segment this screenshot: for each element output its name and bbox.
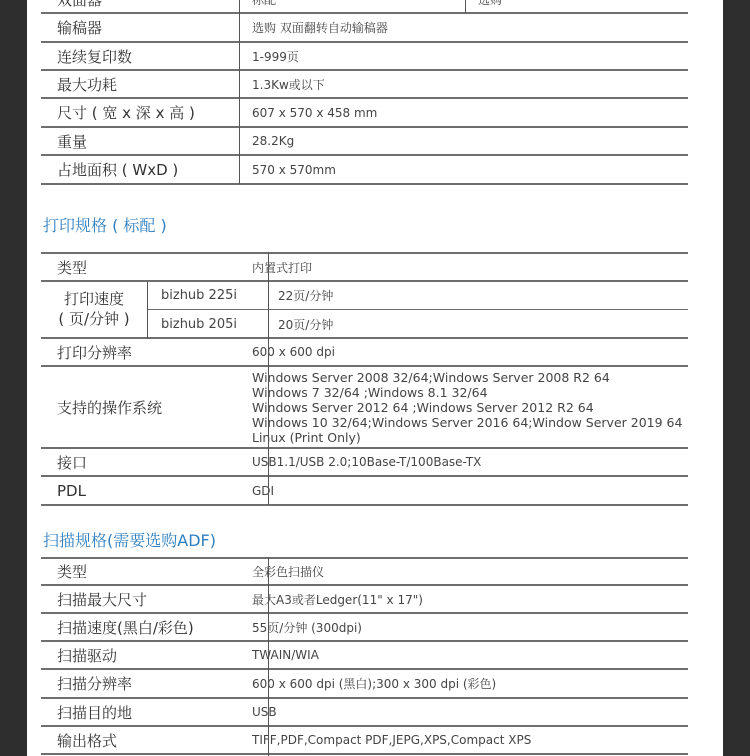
row-value: 1-999页 — [252, 43, 299, 69]
row-value: 全彩色扫描仪 — [252, 559, 324, 584]
column-divider — [147, 282, 148, 339]
row-value: 选购 双面翻转自动输稿器 — [252, 14, 388, 41]
table-row: 扫描最大尺寸 最大A3或者Ledger(11" x 17") — [41, 586, 688, 614]
row-label: 扫描分辨率 — [57, 670, 132, 697]
row-label: 尺寸 ( 宽 x 深 x 高 ) — [57, 99, 195, 126]
row-value: USB — [252, 699, 277, 725]
table-row: 输出格式 TIFF,PDF,Compact PDF,JEPG,XPS,Compa… — [41, 727, 688, 755]
row-label: 类型 — [57, 559, 87, 584]
column-divider — [268, 557, 269, 756]
table-row: 最大功耗 1.3Kw或以下 — [41, 71, 688, 99]
row-label: 占地面积 ( WxD ) — [57, 156, 178, 183]
table-row: 接口 USB1.1/USB 2.0;10Base-T/100Base-TX — [41, 449, 688, 477]
row-value: 28.2Kg — [252, 128, 294, 154]
row-label: 输出格式 — [57, 727, 117, 753]
table-row: 扫描驱动 TWAIN/WIA — [41, 642, 688, 670]
row-label: 连续复印数 — [57, 43, 132, 69]
table-row: 双面器 标配 选购 — [41, 0, 688, 14]
row-value: TIFF,PDF,Compact PDF,JEPG,XPS,Compact XP… — [252, 727, 531, 753]
row-label: 类型 — [57, 254, 87, 280]
table-row: 扫描分辨率 600 x 600 dpi (黑白);300 x 300 dpi (… — [41, 670, 688, 699]
row-label: 扫描驱动 — [57, 642, 117, 668]
column-divider — [239, 0, 240, 184]
section-title-scan: 扫描规格(需要选购ADF) — [43, 528, 216, 551]
row-value: 1.3Kw或以下 — [252, 71, 325, 97]
table-row: PDL GDI — [41, 477, 688, 506]
row-value: USB1.1/USB 2.0;10Base-T/100Base-TX — [252, 449, 481, 475]
row-value: TWAIN/WIA — [252, 642, 319, 668]
table-row: 尺寸 ( 宽 x 深 x 高 ) 607 x 570 x 458 mm — [41, 99, 688, 128]
table-row: 占地面积 ( WxD ) 570 x 570mm — [41, 156, 688, 185]
row-value: 600 x 600 dpi — [252, 339, 335, 365]
row-label: 最大功耗 — [57, 71, 117, 97]
table-row: 连续复印数 1-999页 — [41, 43, 688, 71]
row-label: 打印分辨率 — [57, 339, 132, 365]
row-label: 双面器 — [57, 0, 102, 12]
row-label: PDL — [57, 477, 86, 504]
table-row: 扫描目的地 USB — [41, 699, 688, 727]
row-value-2: 选购 — [478, 0, 502, 12]
table-row-bottom-rule — [41, 282, 688, 339]
table-row: 重量 28.2Kg — [41, 128, 688, 156]
row-label: 扫描速度(黑白/彩色) — [57, 614, 194, 640]
table-row: 扫描速度(黑白/彩色) 55页/分钟 (300dpi) — [41, 614, 688, 642]
table-row: 类型 内置式打印 — [41, 254, 688, 282]
table-row: 支持的操作系统 Windows Server 2008 32/64;Window… — [41, 367, 688, 449]
spec-sheet-page: 双面器 标配 选购 输稿器 选购 双面翻转自动输稿器 连续复印数 1-999页 … — [27, 0, 723, 756]
column-divider — [465, 0, 466, 13]
row-label: 支持的操作系统 — [57, 367, 162, 447]
row-label: 扫描最大尺寸 — [57, 586, 147, 612]
row-label: 扫描目的地 — [57, 699, 132, 725]
table-row: 打印分辨率 600 x 600 dpi — [41, 339, 688, 367]
row-value: 最大A3或者Ledger(11" x 17") — [252, 586, 423, 612]
table-row: 类型 全彩色扫描仪 — [41, 559, 688, 586]
row-value: 607 x 570 x 458 mm — [252, 99, 377, 126]
row-label: 输稿器 — [57, 14, 102, 41]
column-divider — [268, 252, 269, 505]
os-line: Windows Server 2008 32/64;Windows Server… — [252, 370, 610, 385]
section-title-print: 打印规格 ( 标配 ) — [43, 213, 167, 236]
row-value: 标配 — [252, 0, 276, 12]
row-label: 重量 — [57, 128, 87, 154]
row-value: 570 x 570mm — [252, 156, 336, 183]
row-value: 600 x 600 dpi (黑白);300 x 300 dpi (彩色) — [252, 670, 496, 697]
os-line: Windows 7 32/64 ;Windows 8.1 32/64 — [252, 385, 488, 400]
row-label: 接口 — [57, 449, 87, 475]
os-line: Windows Server 2012 64 ;Windows Server 2… — [252, 400, 594, 415]
table-row: 输稿器 选购 双面翻转自动输稿器 — [41, 14, 688, 43]
row-value: GDI — [252, 477, 274, 504]
os-line: Windows 10 32/64;Windows Server 2016 64;… — [252, 415, 682, 430]
os-list: Windows Server 2008 32/64;Windows Server… — [252, 367, 682, 447]
row-value: 内置式打印 — [252, 254, 312, 280]
